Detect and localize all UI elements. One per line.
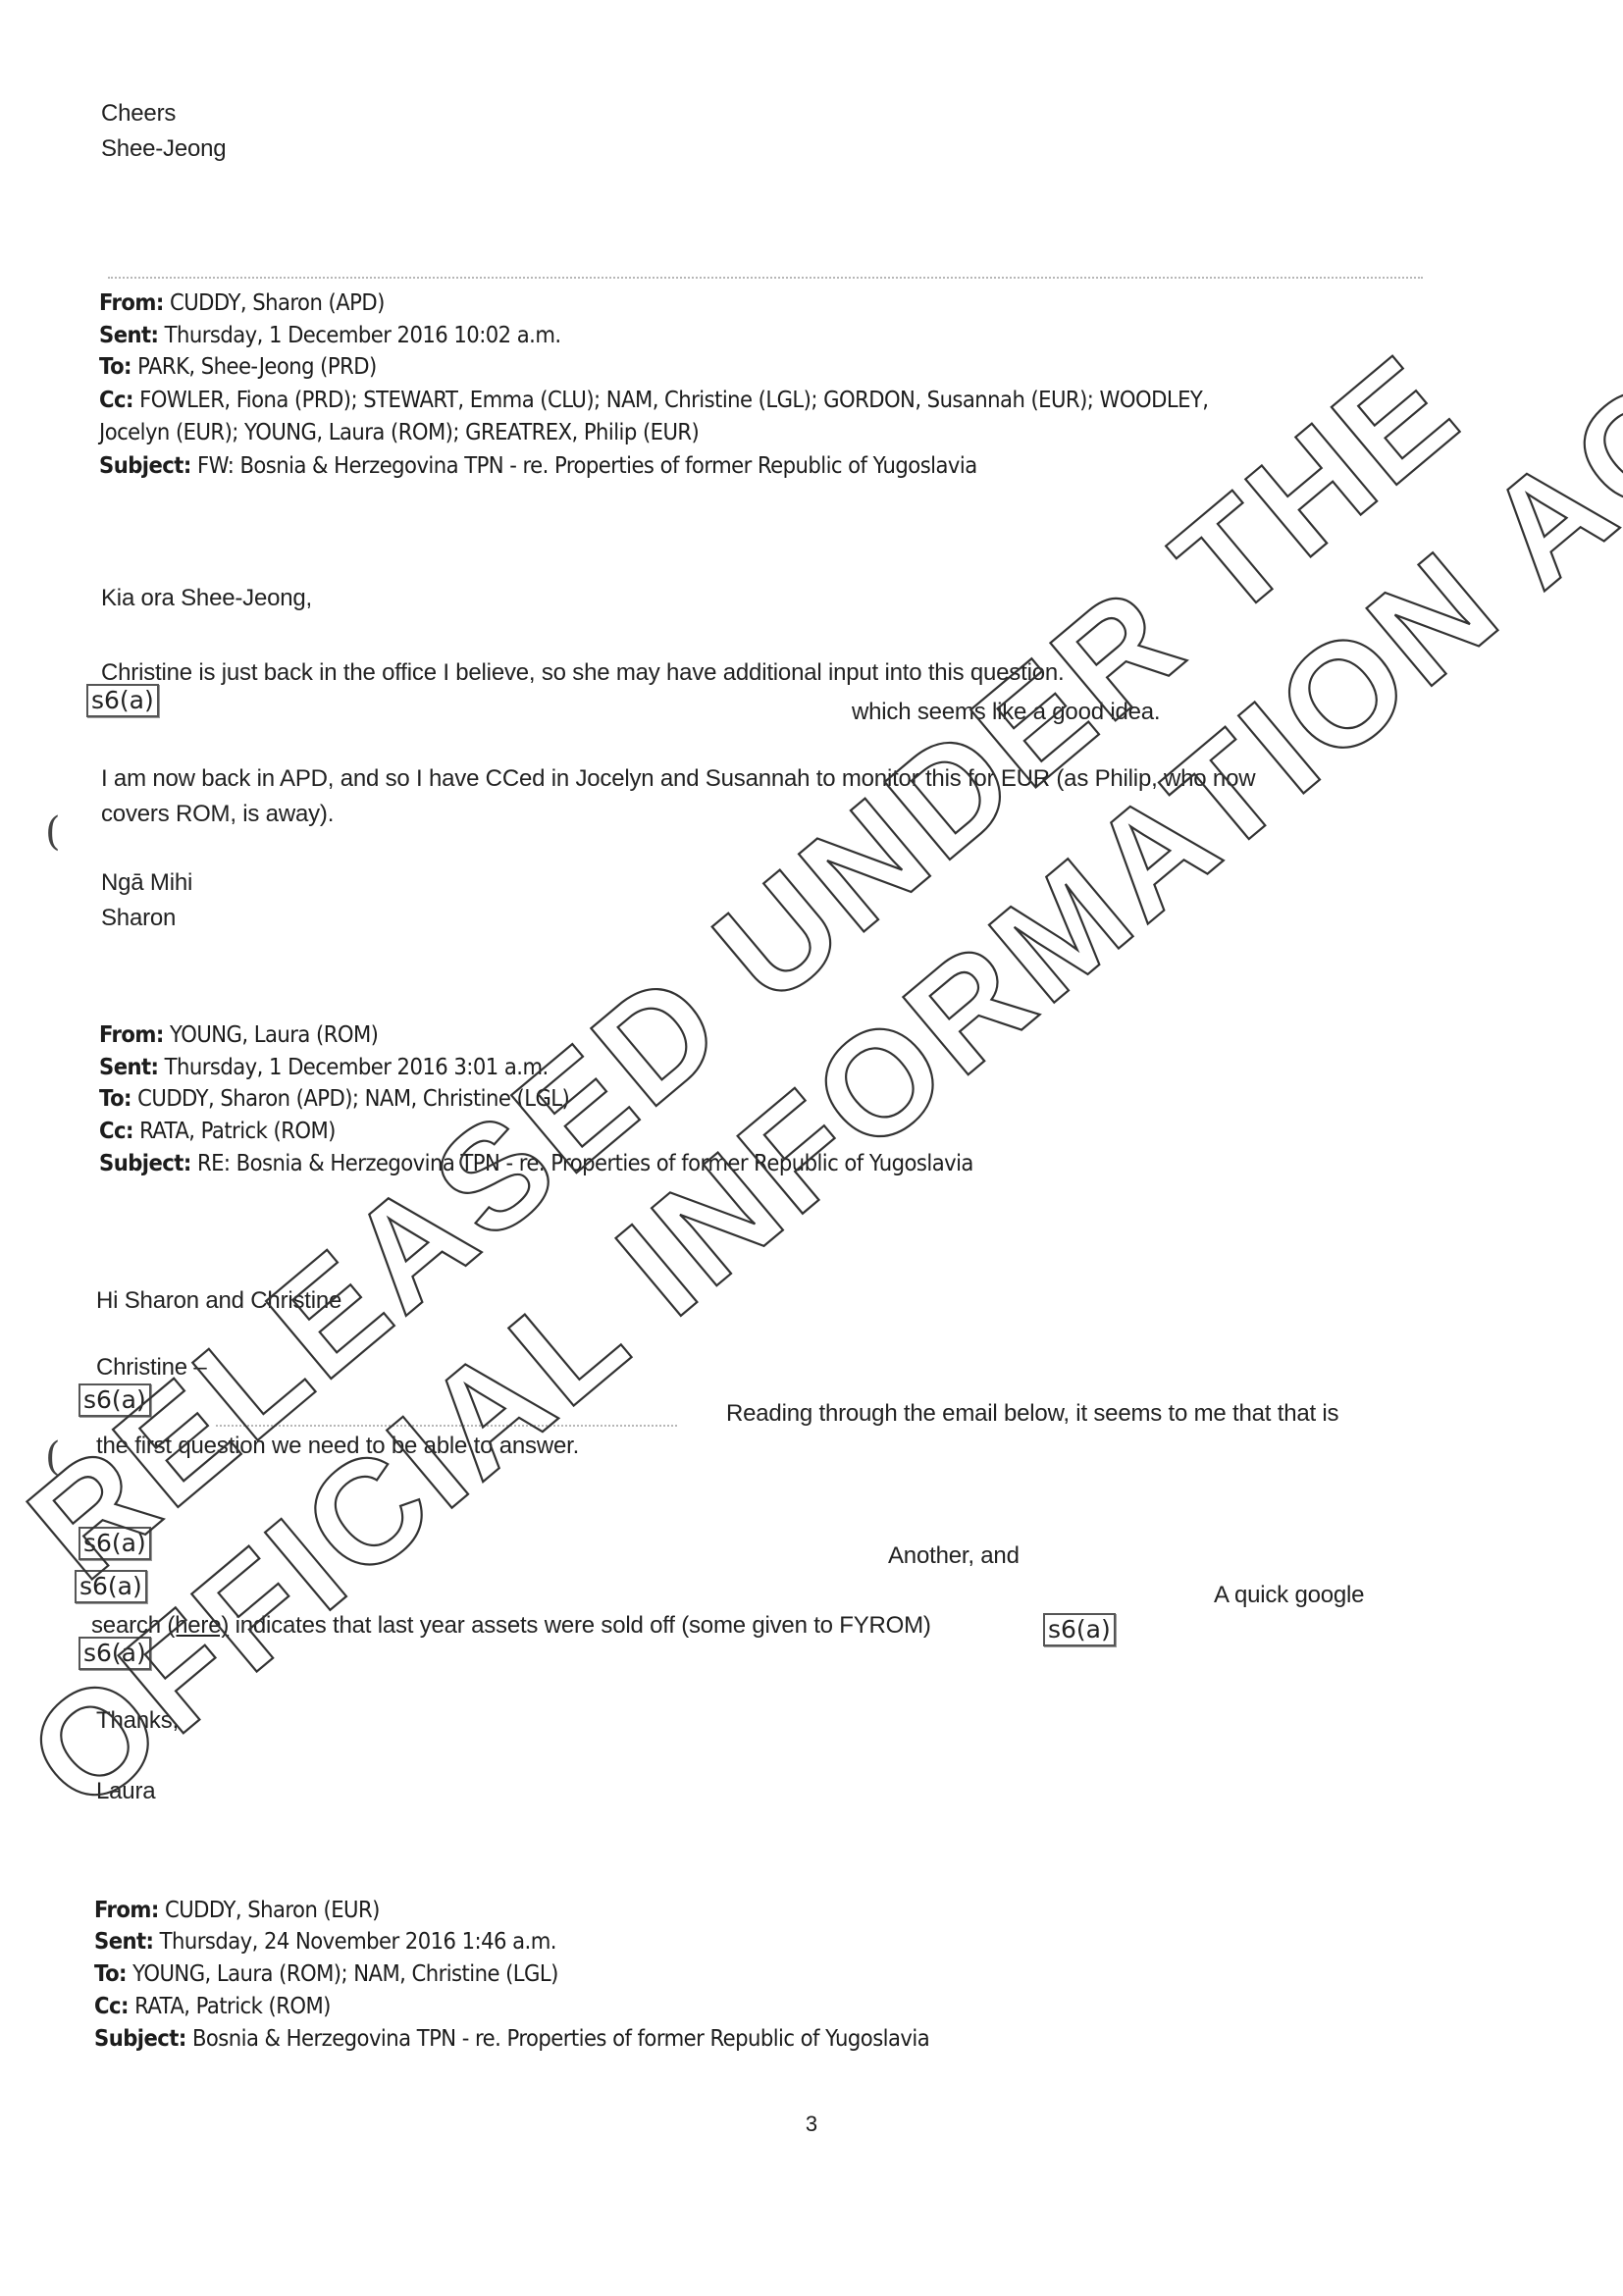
redaction-box: s6(a) (79, 1637, 151, 1670)
paragraph-fragment: A quick google (1214, 1582, 1364, 1609)
subject-line: Subject: RE: Bosnia & Herzegovina TPN - … (99, 1151, 973, 1176)
paragraph-line: covers ROM, is away). (101, 801, 334, 828)
sent-line: Sent: Thursday, 1 December 2016 10:02 a.… (99, 323, 561, 348)
closing: Ngā Mihi (101, 869, 192, 897)
redaction-box: s6(a) (75, 1570, 147, 1603)
paragraph-intro: Christine – (96, 1354, 207, 1382)
closing: Thanks, (96, 1707, 179, 1735)
subject-line: Subject: Bosnia & Herzegovina TPN - re. … (94, 2026, 929, 2052)
redaction-box: s6(a) (1043, 1613, 1116, 1646)
redaction-residue (216, 1425, 677, 1429)
paragraph-line: Christine is just back in the office I b… (101, 659, 1064, 687)
paragraph-fragment: Another, and (888, 1542, 1020, 1570)
paragraph-line: the first question we need to be able to… (96, 1433, 579, 1460)
redaction-box: s6(a) (79, 1383, 151, 1417)
greeting: Kia ora Shee-Jeong, (101, 585, 312, 612)
to-line: To: CUDDY, Sharon (APD); NAM, Christine … (99, 1086, 569, 1112)
page-number: 3 (0, 2112, 1623, 2137)
closing-cheers: Cheers (101, 100, 176, 128)
to-line: To: PARK, Shee-Jeong (PRD) (99, 354, 377, 380)
sent-line: Sent: Thursday, 24 November 2016 1:46 a.… (94, 1929, 556, 1955)
paragraph-line: which seems like a good idea. (852, 699, 1160, 726)
cc-line: Cc: FOWLER, Fiona (PRD); STEWART, Emma (… (99, 388, 1208, 413)
document-page: Cheers Shee-Jeong From: CUDDY, Sharon (A… (0, 0, 1623, 2296)
margin-bracket-mark: ( (45, 809, 61, 855)
paragraph-line: I am now back in APD, and so I have CCed… (101, 765, 1255, 793)
redaction-box: s6(a) (79, 1527, 151, 1560)
margin-bracket-mark: ( (45, 1435, 61, 1480)
cc-line: Cc: RATA, Patrick (ROM) (94, 1994, 331, 2019)
signature: Sharon (101, 905, 176, 932)
sent-line: Sent: Thursday, 1 December 2016 3:01 a.m… (99, 1055, 549, 1080)
greeting: Hi Sharon and Christine (96, 1287, 341, 1315)
paragraph-line: Reading through the email below, it seem… (726, 1400, 1338, 1428)
separator-line (108, 277, 1423, 281)
from-line: From: CUDDY, Sharon (EUR) (94, 1898, 380, 1923)
from-line: From: YOUNG, Laura (ROM) (99, 1022, 378, 1048)
redaction-box: s6(a) (86, 684, 159, 717)
subject-line: Subject: FW: Bosnia & Herzegovina TPN - … (99, 453, 977, 479)
cc-line: Cc: RATA, Patrick (ROM) (99, 1119, 336, 1144)
from-line: From: CUDDY, Sharon (APD) (99, 290, 385, 316)
signature: Laura (96, 1778, 155, 1805)
here-link[interactable]: (here) (167, 1612, 229, 1639)
paragraph-line: search (here) indicates that last year a… (91, 1612, 931, 1640)
to-line: To: YOUNG, Laura (ROM); NAM, Christine (… (94, 1961, 558, 1987)
cc-line-continued: Jocelyn (EUR); YOUNG, Laura (ROM); GREAT… (99, 420, 699, 445)
signoff-name: Shee-Jeong (101, 135, 226, 163)
